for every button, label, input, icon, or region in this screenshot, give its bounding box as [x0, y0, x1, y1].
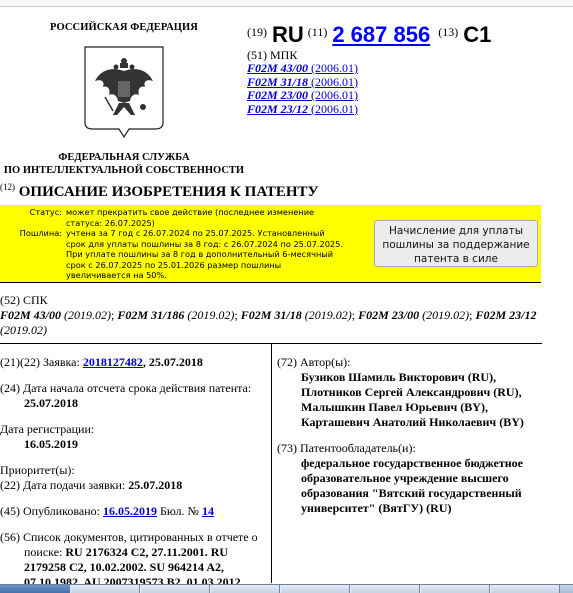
bulletin-number-link[interactable]: 14 [202, 504, 214, 518]
taskbar-item[interactable] [140, 585, 210, 593]
taskbar-item[interactable] [350, 585, 420, 593]
spk-section: (52) СПК F02M 43/00 (2019.02); F02M 31/1… [0, 293, 545, 338]
author: Плотников Сергей Александрович (RU), [277, 385, 542, 400]
taskbar-item[interactable] [280, 585, 350, 593]
taskbar-item[interactable] [420, 585, 490, 593]
author: Малышкин Павел Юрьевич (BY), [277, 400, 542, 415]
mpk-code-link: F02M 43/00 (2006.01) [247, 61, 358, 75]
browser-chrome-strip [0, 0, 573, 7]
fee-value: учтена за 7 год с 26.07.2024 по 25.07.20… [66, 228, 345, 281]
taskbar-item[interactable] [210, 585, 280, 593]
patent-number-link[interactable]: 2 687 856 [332, 22, 430, 48]
bibliographic-right: (72) Автор(ы): Бузиков Шамиль Викторович… [277, 355, 542, 527]
service-name-line2: ПО ИНТЕЛЛЕКТУАЛЬНОЙ СОБСТВЕННОСТИ [0, 164, 248, 177]
inid-13: (13) [438, 25, 458, 40]
kind-code: C1 [463, 22, 491, 48]
column-divider [271, 343, 272, 583]
taskbar-item[interactable] [490, 585, 560, 593]
author: Карташевич Анатолий Николаевич (BY) [277, 415, 542, 430]
issuing-authority: РОССИЙСКАЯ ФЕДЕРАЦИЯ ФЕДЕРАЛЬНАЯ СЛУЖБА … [0, 20, 248, 177]
inid-19: (19) [247, 25, 267, 40]
spk-list: F02M 43/00 (2019.02); F02M 31/186 (2019.… [0, 308, 545, 338]
status-row: Статус: может прекратить свое действие (… [0, 207, 345, 228]
inid-11: (11) [308, 25, 328, 40]
status-value: может прекратить свое действие (последне… [66, 207, 345, 228]
taskbar-item[interactable] [70, 585, 140, 593]
priority-field: Приоритет(ы): (22) Дата подачи заявки: 2… [0, 463, 270, 493]
inid-12: (12) [0, 182, 15, 192]
holder-field: (73) Патентообладатель(и): федеральное г… [277, 441, 542, 516]
bibliographic-left: (21)(22) Заявка: 2018127482, 25.07.2018 … [0, 355, 270, 593]
mpk-code-link: F02M 23/12 (2006.01) [247, 102, 358, 116]
author: Бузиков Шамиль Викторович (RU), [277, 370, 542, 385]
patent-holder: федеральное государственное бюджетное об… [277, 456, 542, 516]
status-box: Статус: может прекратить свое действие (… [0, 205, 541, 283]
authors-field: (72) Автор(ы): Бузиков Шамиль Викторович… [277, 355, 542, 430]
spk-label: (52) СПК [0, 293, 545, 308]
fee-calculation-button[interactable]: Начисление для уплаты пошлины за поддерж… [374, 220, 538, 267]
country-name: РОССИЙСКАЯ ФЕДЕРАЦИЯ [0, 22, 248, 33]
coat-of-arms-icon [83, 45, 165, 139]
citations-field: (56) Список документов, цитированных в о… [0, 530, 270, 590]
country-code: RU [272, 22, 304, 48]
patent-identification: (19) RU (11) 2 687 856 (13) C1 (51) МПК … [247, 22, 491, 116]
mpk-code-link: F02M 23/00 (2006.01) [247, 88, 358, 102]
start-button[interactable] [0, 585, 70, 593]
published-date-link[interactable]: 16.05.2019 [103, 504, 157, 518]
document-title-text: ОПИСАНИЕ ИЗОБРЕТЕНИЯ К ПАТЕНТУ [19, 184, 319, 200]
mpk-list: F02M 43/00 (2006.01) F02M 31/18 (2006.01… [247, 62, 491, 116]
status-label: Статус: [0, 207, 66, 228]
application-number-link[interactable]: 2018127482 [83, 355, 143, 369]
registration-field: Дата регистрации: 16.05.2019 [0, 422, 270, 452]
application-field: (21)(22) Заявка: 2018127482, 25.07.2018 [0, 355, 270, 370]
document-title: (12) ОПИСАНИЕ ИЗОБРЕТЕНИЯ К ПАТЕНТУ [0, 184, 319, 201]
fee-label: Пошлина: [0, 228, 66, 281]
mpk-label: (51) МПК [247, 48, 491, 62]
mpk-code-link: F02M 31/18 (2006.01) [247, 75, 358, 89]
term-start-field: (24) Дата начала отсчета срока действия … [0, 381, 270, 411]
published-field: (45) Опубликовано: 16.05.2019 Бюл. № 14 [0, 504, 270, 519]
fee-row: Пошлина: учтена за 7 год с 26.07.2024 по… [0, 228, 345, 281]
taskbar [0, 584, 573, 593]
service-name-line1: ФЕДЕРАЛЬНАЯ СЛУЖБА [0, 151, 248, 164]
